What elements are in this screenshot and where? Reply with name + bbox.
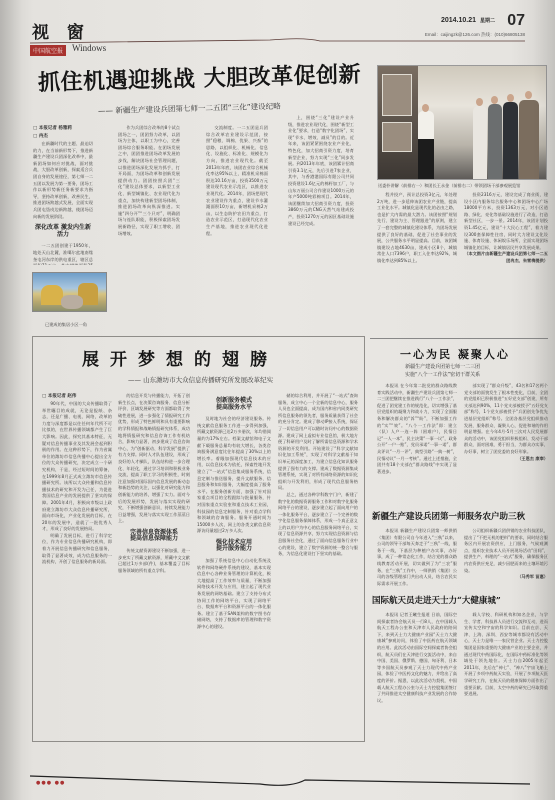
figure-head [507, 94, 514, 102]
footer-color-dots: ●●● ●● [36, 780, 65, 786]
article2-paragraph: 储的综合利用，并开展了“一站式”查询服务，成立中心一个全新的信息中心，服务人员也… [278, 393, 358, 492]
figure-head [491, 96, 498, 104]
residential-area-photo [32, 272, 107, 312]
article3-headline: 一心为民 凝聚人心 [400, 346, 510, 362]
article2-column-3: 创新服务模式 提高服务水平 及时地为社会的经济建设服务。传统文献信息服务工作进一… [197, 393, 271, 738]
article1-column-3: 交流制度。一二五团是兵团综合改革农业建设示范团，按照“稳粮、调棉、优果、兴畜”的… [206, 125, 268, 335]
guide-figure [418, 111, 434, 180]
visitor-figure [519, 100, 539, 180]
picture-frame [382, 74, 412, 116]
article1-photo-credit: （本文图片由新疆生产建设兵团第七师一二五团冉杰、朱雪梅提供） [464, 251, 548, 264]
article4-column-1: 本报讯 新疆生产建设兵团第一师供销（集团）有限公司自今年进入“三秋”以来，公司的… [377, 528, 457, 586]
article1-column-2: 作为兵团综合改革的8个试点团场之一，团团努力改革，以团场为主体，以职工为中心，完… [118, 125, 180, 335]
article2-paragraph: 90年代，中国的大众传播取得了举世瞩目的成就，无论是报纸、杂志，还是广播、电视、… [42, 401, 112, 533]
article2-paragraph: 总之，通过各种学科数字门户，新建了数字化的数据资源服务工作和对数字化服务网络平台… [278, 492, 358, 558]
article5-paragraph: 载人学校、科研机构和知名企业，与学生、学者、科技界人员进行交流和互动，进而宣传太… [464, 612, 548, 698]
section-tag-badge: 中国航空报 [30, 45, 66, 56]
article2-paragraph: 及时地为社会的经济建设服务。传统文献信息服务工作进一步得到加强，所藏文献资源已达… [197, 416, 271, 535]
article2-headline: 展开梦想的翅膀 [82, 345, 278, 370]
article2-column-2: 的信息开发与传播能力，开拓了创新生长点，在决策咨询服务、信息分析评价、区域发展研… [118, 393, 190, 738]
article1-paragraph: 投资2316万元，建设完成了商业街，建设小区内服务综合服务中心和团场中心广场18… [464, 192, 548, 251]
article4-paragraph: 本报讯 新疆生产建设兵团第一师供销（集团）有限公司自今年进入“三秋”以来，公司的… [377, 528, 457, 586]
rock-shape [61, 295, 83, 309]
picture-frame [382, 122, 412, 152]
article2-paragraph: 明确了发展目标，进行了科学定位，作为专业信息传播研究机构，即着力开展信息传播研究… [42, 533, 112, 566]
article5-headline: 国际航天员走进天士力“大健康城” [372, 594, 501, 606]
footer-rule [30, 770, 530, 800]
article4-paragraph: 公司组织新疆兵团供销的农业科技团队，提出了“不把无机的肥料”的要求，同时结合服务… [464, 528, 548, 574]
newspaper-page: 视 窗 中国航空报 Windows 2014.10.21 星期二 07 Emai… [0, 0, 555, 800]
article2-subhead-3: 强化技术应用 提升服务能力 [197, 540, 271, 553]
masthead: 视 窗 中国航空报 Windows 2014.10.21 星期二 07 Emai… [30, 14, 525, 54]
figure-head [476, 98, 483, 106]
article3-subheadline-line-2: 实施“八个一工作法”密切干群关系 [405, 371, 480, 379]
article1-column-4: 上，围绕“三化”建设产业升级，推进农业现代化，围绕“新型工业化”要求，打造“数字… [288, 115, 354, 330]
date-text: 2014.10.21 [441, 17, 476, 24]
article2-subheadline: —— 山东潍坊市大众信息传播研究所发展改革纪实 [128, 375, 273, 384]
article1-paragraph: 上，围绕“三化”建设产业升级，推进农业现代化，围绕“新型工业化”要求，打造“数字… [288, 115, 354, 227]
article2-paragraph: 传统文献资源建设不断加强，进一步充实了所藏文献资源，所藏中文文献已超过1万多部(… [118, 548, 190, 574]
article1-subheadline: —— 新疆生产建设兵团第七师一二五团“三化”建设纪略 [98, 101, 281, 117]
weekday-text: 星期二 [480, 18, 495, 24]
article3-paragraph: 部实现了“群众升级”，43名和17名两个党支部的面貌发生了根本性变化，目前，全团… [464, 383, 548, 456]
article2-byline: □ 本报记者 赵伟 [42, 393, 112, 401]
article3-subheadline-line-1: 新疆生产建设兵团第七师一二三团 [405, 363, 480, 371]
figure-head [422, 104, 429, 112]
article1-paragraph: 作为兵团综合改革的8个试点团场之一，团团努力改革，以团场为主体，以职工为中心，完… [118, 125, 180, 237]
article2-subhead-2: 完善信息资源体系 提高信息保障能力 [118, 530, 190, 543]
photo1-caption: 送委扑讲解（前排右一）和团长王永金（前排右二）带领团场干部参观展览馆 [378, 183, 520, 189]
article5-column-2: 载人学校、科研机构和知名企业，与学生、学者、科技界人员进行交流和互动，进而宣传太… [464, 612, 548, 762]
section-english-name: Windows [72, 43, 106, 53]
section-divider [370, 338, 548, 339]
article3-credit: （王恩杰 康奉） [464, 456, 548, 463]
article1-paragraph: 程并投产，预计总投资3亿元，年处理2万吨，进一步延伸该团农业产业链，提高工业化水… [377, 192, 457, 265]
visitor-figure [488, 104, 502, 180]
article3-column-1: 本报讯 在今年第二批党的群众路线教育实践活动中，新疆生产建设兵团第七师一二三团把… [377, 383, 457, 503]
article3-column-2: 部实现了“群众升级”，43名和17名两个党支部的面貌发生了根本性变化，目前，全团… [464, 383, 548, 503]
article1-paragraph: 交流制度。一二五团是兵团综合改革农业建设示范团，按照“稳粮、调棉、优果、兴畜”的… [206, 125, 268, 237]
article4-headline: 新疆生产建设兵团第一师服务农户助三秋 [372, 510, 525, 522]
article1-column-1: □ 本报记者 杨雅莉 □ 冉杰 在新疆时代的主题、最迫切的力，在当前新形势下，推… [33, 125, 93, 265]
article1-subhead-1: 深化改革 激发内生新活力 [33, 225, 93, 238]
article4-credit: （马秀军 苗惠） [464, 574, 548, 581]
photo2-caption: 已建成的集居小区一角 [45, 322, 87, 328]
article1-byline-1: □ 本报记者 杨雅莉 [33, 125, 93, 133]
page-number: 07 [507, 12, 525, 30]
article5-paragraph: 本报讯 记者王曦生报道 日前，国际空间探索者协会航天员一行8人，在中国载人航天工… [377, 612, 457, 704]
article3-subheadline: 新疆生产建设兵团第七师一二三团 实施“八个一工作法”密切干群关系 [405, 363, 480, 379]
article1-paragraph: 一二五团创建于1950年，地处天山北麓，准噶尔盆地南缘奎屯河东岸的供电重区，辖区… [33, 243, 93, 265]
issue-date: 2014.10.21 星期二 [441, 17, 495, 24]
article4-column-2: 公司组织新疆兵团供销的农业科技团队，提出了“不把无机的肥料”的要求，同时结合服务… [464, 528, 548, 586]
article1-column-5: 程并投产，预计总投资3亿元，年处理2万吨，进一步延伸该团农业产业链，提高工业化水… [377, 192, 457, 332]
building-shape [41, 285, 63, 305]
article1-headline: 抓住机遇迎挑战 大胆改革促创新 [38, 58, 362, 97]
article1-paragraph: 在新疆时代的主题、最迫切的力，在当前新形势下，推进新疆生产建设兵团深化改革中，最… [33, 141, 93, 220]
article2-paragraph: 加强了系统信息中心自动化系统及软件和网络硬件系统的建设，基本实现信息中心各种业务… [197, 558, 271, 631]
article1-byline-2: □ 冉杰 [33, 133, 93, 141]
visitor-figure [503, 102, 518, 180]
article1-column-6: 投资2316万元，建设完成了商业街，建设小区内服务综合服务中心和团场中心广场18… [464, 192, 548, 334]
article3-paragraph: 本报讯 在今年第二批党的群众路线教育实践活动中，新疆生产建设兵团第七师一二三团把… [377, 383, 457, 475]
article2-paragraph: 的信息开发与传播能力，开拓了创新生长点，在决策咨询服务、信息分析评价、区域发展研… [118, 393, 190, 525]
visitor-figure [473, 106, 487, 180]
article2-column-1: □ 本报记者 赵伟 90年代，中国的大众传播取得了举世瞩目的成就，无论是报纸、杂… [42, 393, 112, 738]
exhibition-visit-photo [377, 65, 547, 180]
article2-subhead-1: 创新服务模式 提高服务水平 [197, 398, 271, 411]
article2-column-4: 储的综合利用，并开展了“一站式”查询服务，成立中心一个全新的信息中心，服务人员也… [278, 393, 358, 738]
contact-info: Email：caijingzk@126.com 热线：(010)66805138 [425, 32, 525, 38]
figure-head [525, 91, 532, 99]
article5-column-1: 本报讯 记者王曦生报道 日前，国际空间探索者协会航天员一行8人，在中国载人航天工… [377, 612, 457, 762]
